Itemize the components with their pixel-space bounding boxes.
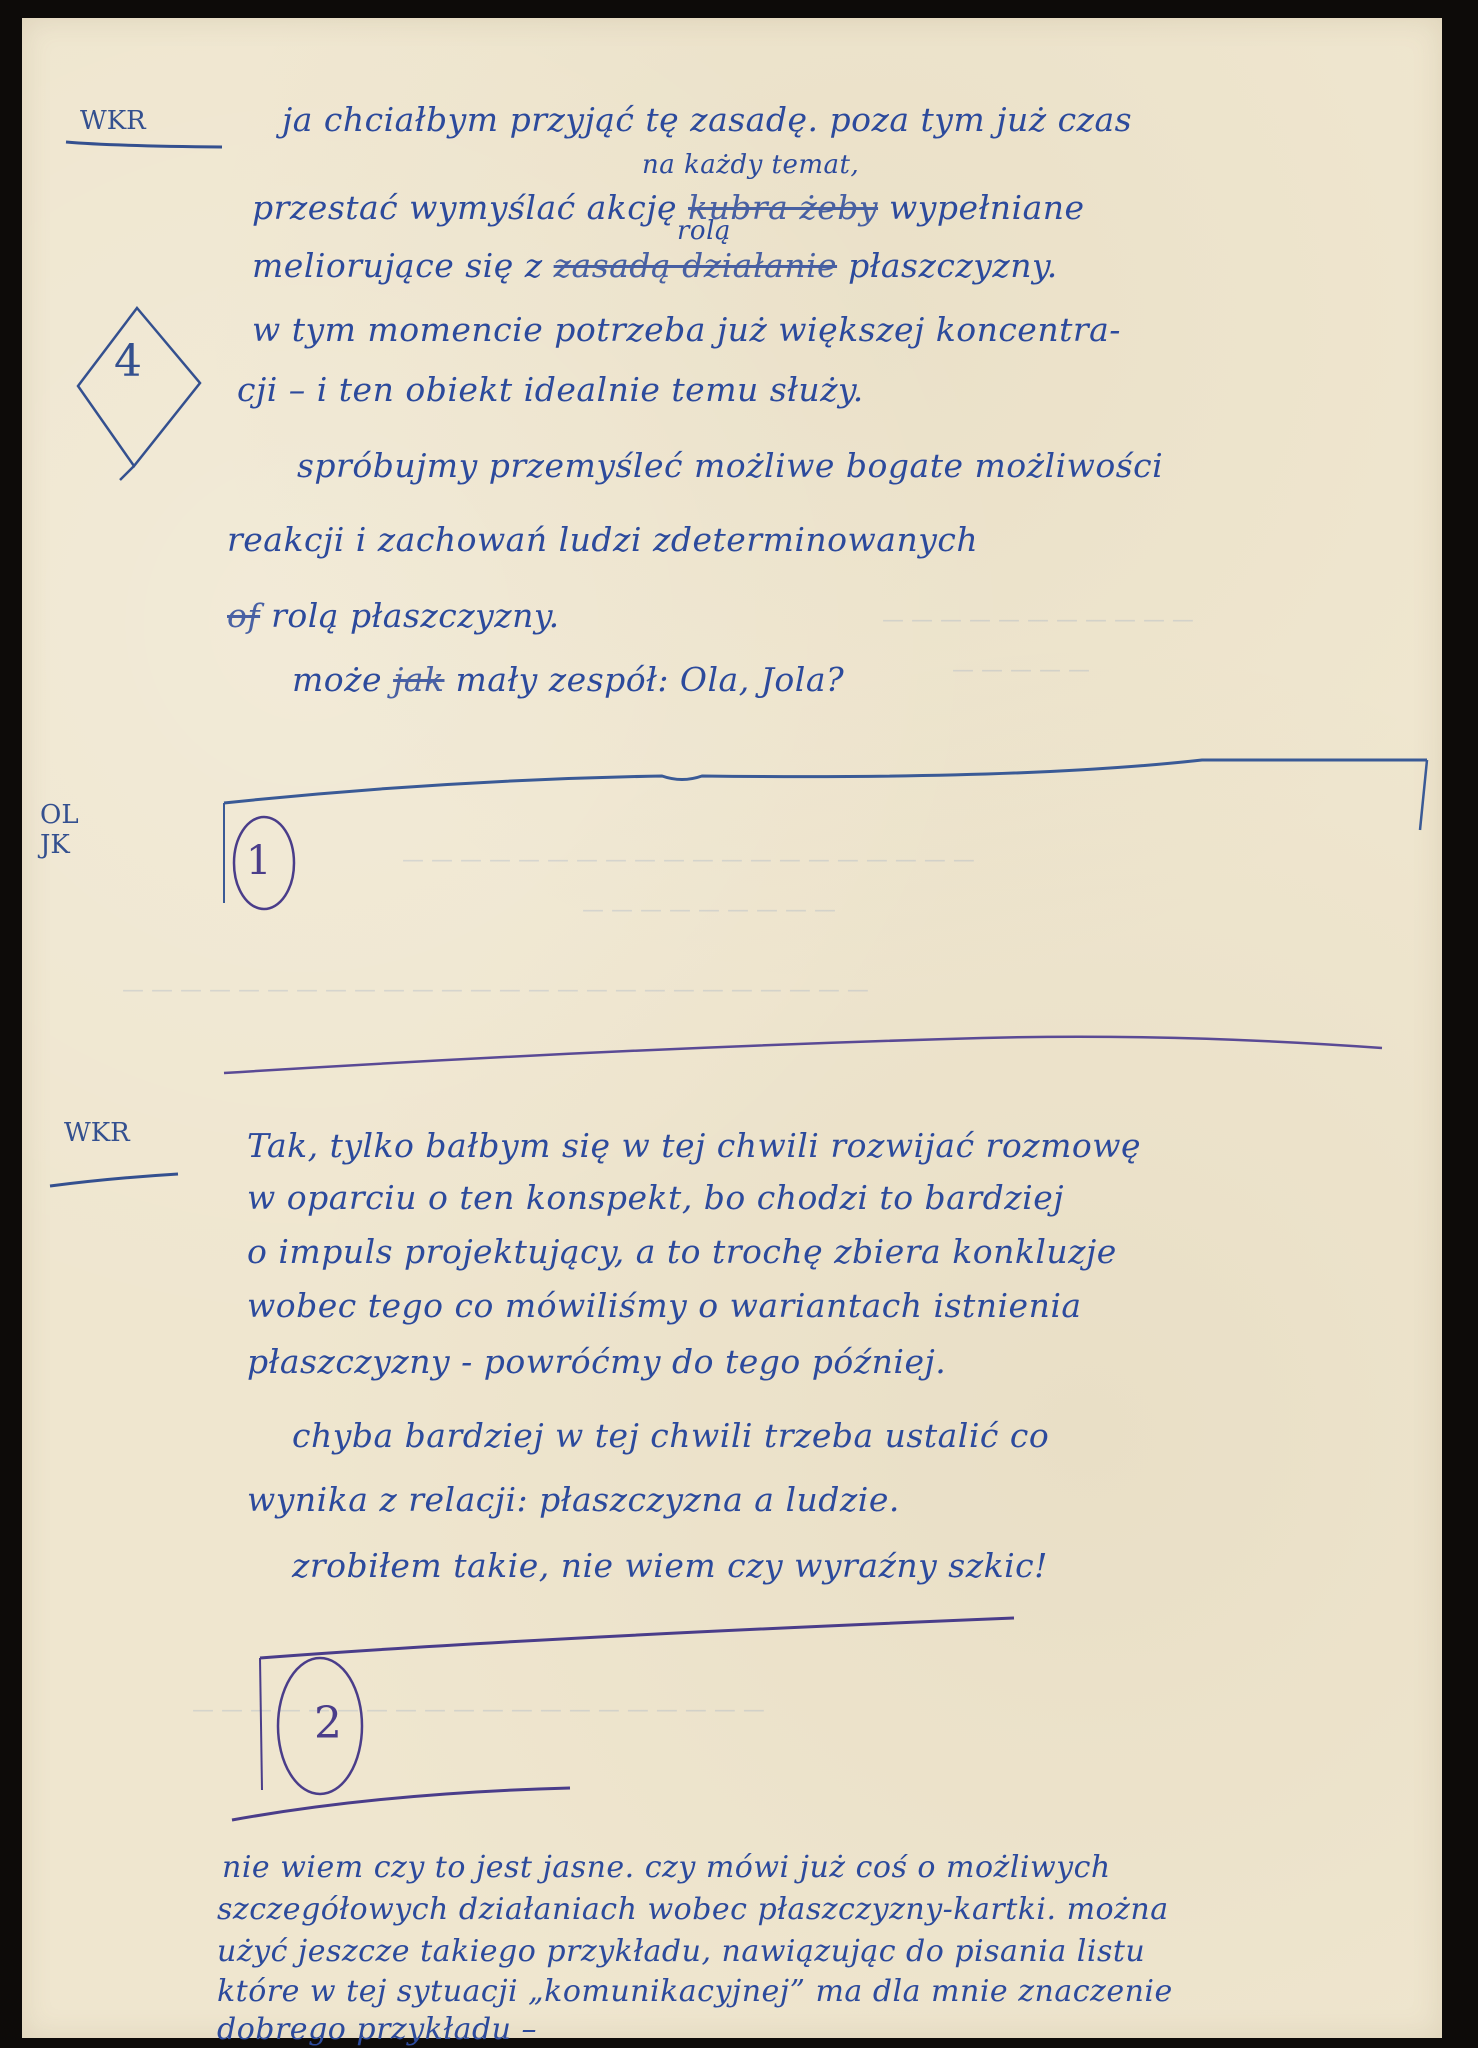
box1-right-edge — [1420, 760, 1427, 830]
speaker-underline — [66, 142, 222, 147]
box1-top-line — [224, 760, 1427, 803]
box2-left-edge — [260, 1658, 262, 1790]
circle-1 — [234, 817, 294, 909]
speaker-underline — [50, 1174, 178, 1186]
box2-bottom-line — [232, 1788, 570, 1820]
circle-2 — [278, 1658, 362, 1794]
pen-strokes — [22, 18, 1442, 2038]
diamond-outline — [78, 308, 200, 466]
box2-top-line — [260, 1618, 1014, 1658]
manuscript-page: — — — — — — — — — — — — — — — — — — — — … — [22, 18, 1442, 2038]
box1-bottom-line — [224, 1037, 1382, 1073]
